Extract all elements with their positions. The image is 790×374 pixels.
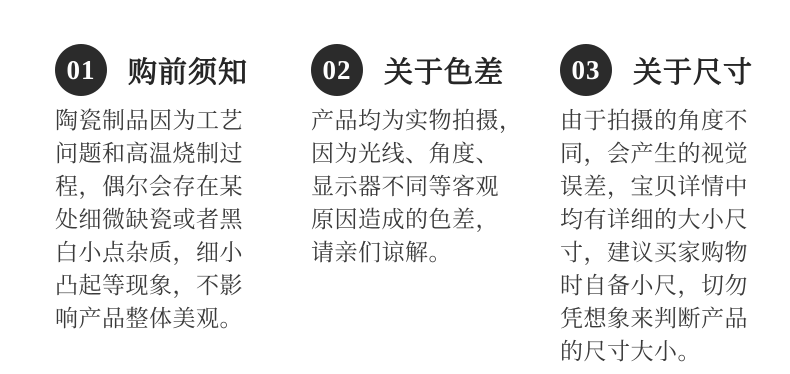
badge-number: 02 [323, 57, 352, 84]
number-badge: 01 [55, 44, 107, 96]
badge-number: 01 [67, 57, 96, 84]
section-title: 购前须知 [128, 50, 248, 91]
section-color-difference: 02 关于色差 产品均为实物拍摄， 因为光线、角度、 显示器不同等客观 原因造成… [311, 44, 536, 269]
notice-panel: 01 购前须知 陶瓷制品因为工艺 问题和高温烧制过 程，偶尔会存在某 处细微缺瓷… [0, 0, 790, 374]
number-badge: 03 [560, 44, 612, 96]
section-pre-purchase: 01 购前须知 陶瓷制品因为工艺 问题和高温烧制过 程，偶尔会存在某 处细微缺瓷… [55, 44, 280, 335]
section-body: 陶瓷制品因为工艺 问题和高温烧制过 程，偶尔会存在某 处细微缺瓷或者黑 白小点杂… [55, 104, 280, 335]
section-title: 关于色差 [384, 50, 504, 91]
section-body: 由于拍摄的角度不 同，会产生的视觉 误差，宝贝详情中 均有详细的大小尺 寸，建议… [560, 104, 785, 368]
section-header: 01 购前须知 [55, 44, 280, 96]
section-body: 产品均为实物拍摄， 因为光线、角度、 显示器不同等客观 原因造成的色差， 请亲们… [311, 104, 536, 269]
badge-number: 03 [572, 57, 601, 84]
section-header: 02 关于色差 [311, 44, 536, 96]
number-badge: 02 [311, 44, 363, 96]
section-size: 03 关于尺寸 由于拍摄的角度不 同，会产生的视觉 误差，宝贝详情中 均有详细的… [560, 44, 785, 368]
section-header: 03 关于尺寸 [560, 44, 785, 96]
section-title: 关于尺寸 [633, 50, 753, 91]
